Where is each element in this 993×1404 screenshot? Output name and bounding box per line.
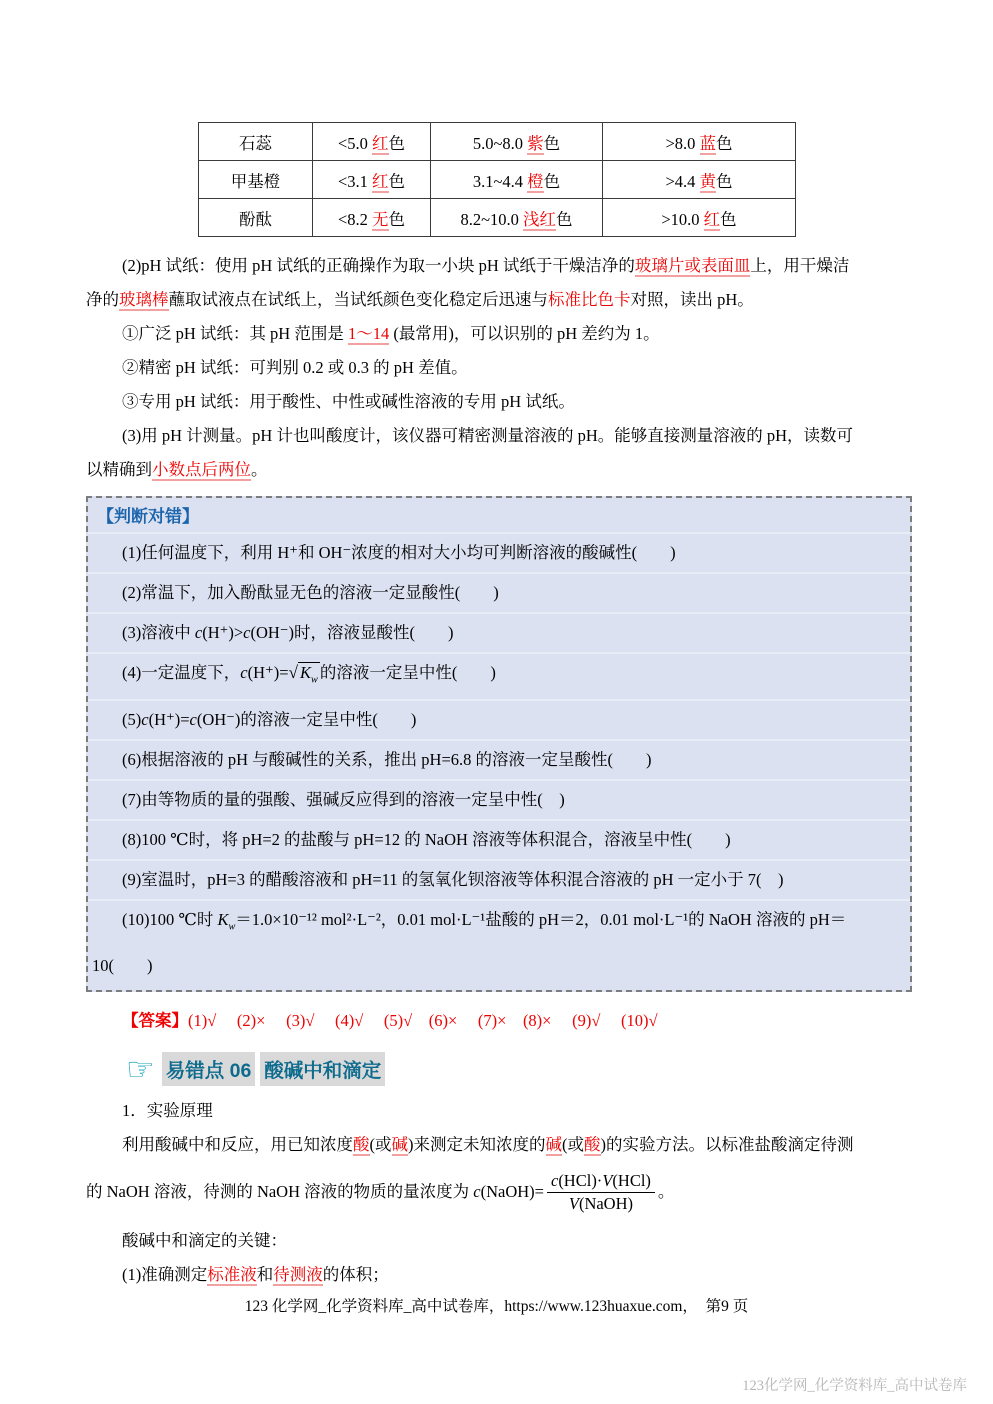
table-cell-indicator: 酚酞: [199, 199, 313, 237]
table-cell: 3.1~4.4 橙色: [431, 161, 603, 199]
answer-line: 【答案】(1)√ (2)× (3)√ (4)√ (5)√ (6)× (7)× (…: [86, 1004, 912, 1038]
text-line: 净的玻璃棒蘸取试液点在试纸上，当试纸颜色变化稳定后迅速与标准比色卡对照，读出 p…: [86, 283, 912, 317]
principle-formula-line: 的 NaOH 溶液，待测的 NaOH 溶液的物质的量浓度为 c(NaOH)=c(…: [86, 1162, 912, 1224]
table-cell: 8.2~10.0 浅红色: [431, 199, 603, 237]
section-header: ☞ 易错点 06 酸碱中和滴定: [126, 1050, 912, 1088]
table-cell: >10.0 红色: [603, 199, 796, 237]
text-line: ③专用 pH 试纸：用于酸性、中性或碱性溶液的专用 pH 试纸。: [86, 385, 912, 419]
judgement-box-title: 【判断对错】: [88, 498, 910, 532]
watermark-text: 123化学网_化学资料库_高中试卷库: [742, 1374, 967, 1395]
section-number: 易错点 06: [162, 1052, 256, 1086]
table-cell: 5.0~8.0 紫色: [431, 123, 603, 161]
table-row: 甲基橙 <3.1 红色 3.1~4.4 橙色 >4.4 黄色: [199, 161, 796, 199]
table-cell: <8.2 无色: [313, 199, 431, 237]
judgement-item-10-line1: (10)100 ℃时 Kw＝1.0×10⁻¹² mol²·L⁻²，0.01 mo…: [90, 901, 910, 946]
table-cell-indicator: 石蕊: [199, 123, 313, 161]
judgement-item-4: (4)一定温度下，c(H⁺)=√Kw的溶液一定呈中性( ): [88, 652, 910, 699]
text-line: 以精确到小数点后两位。: [86, 453, 912, 487]
pointing-hand-icon: ☞: [126, 1053, 155, 1085]
answer-values: (1)√ (2)× (3)√ (4)√ (5)√ (6)× (7)× (8)× …: [188, 1011, 658, 1030]
judgement-item-2: (2)常温下，加入酚酞显无色的溶液一定显酸性( ): [88, 572, 910, 612]
page-footer: 123 化学网_化学资料库_高中试卷库，https://www.123huaxu…: [0, 1294, 993, 1316]
table-row: 石蕊 <5.0 红色 5.0~8.0 紫色 >8.0 蓝色: [199, 123, 796, 161]
indicator-color-table: 石蕊 <5.0 红色 5.0~8.0 紫色 >8.0 蓝色 甲基橙 <3.1 红…: [198, 122, 796, 237]
judgement-item-10-line2: 10( ): [90, 947, 910, 985]
judgement-item-8: (8)100 ℃时，将 pH=2 的盐酸与 pH=12 的 NaOH 溶液等体积…: [88, 819, 910, 859]
text-line: ①广泛 pH 试纸：其 pH 范围是 1～14 (最常用)，可以识别的 pH 差…: [86, 317, 912, 351]
judgement-item-3: (3)溶液中 c(H⁺)>c(OH⁻)时，溶液显酸性( ): [88, 612, 910, 652]
principle-line-1: 利用酸碱中和反应，用已知浓度酸(或碱)来测定未知浓度的碱(或酸)的实验方法。以标…: [86, 1128, 912, 1162]
judgement-item-5: (5)c(H⁺)=c(OH⁻)的溶液一定呈中性( ): [88, 699, 910, 739]
judgement-item-1: (1)任何温度下，利用 H⁺和 OH⁻浓度的相对大小均可判断溶液的酸碱性( ): [88, 532, 910, 572]
table-cell: >4.4 黄色: [603, 161, 796, 199]
text-line: ②精密 pH 试纸：可判别 0.2 或 0.3 的 pH 差值。: [86, 351, 912, 385]
table-cell-indicator: 甲基橙: [199, 161, 313, 199]
page-content: 石蕊 <5.0 红色 5.0~8.0 紫色 >8.0 蓝色 甲基橙 <3.1 红…: [0, 0, 993, 1292]
table-cell: >8.0 蓝色: [603, 123, 796, 161]
document-page: 石蕊 <5.0 红色 5.0~8.0 紫色 >8.0 蓝色 甲基橙 <3.1 红…: [0, 0, 993, 1404]
principle-line-4: (1)准确测定标准液和待测液的体积；: [86, 1258, 912, 1292]
judgement-item-10: (10)100 ℃时 Kw＝1.0×10⁻¹² mol²·L⁻²，0.01 mo…: [88, 899, 910, 984]
table-cell: <3.1 红色: [313, 161, 431, 199]
principle-line-3: 酸碱中和滴定的关键：: [86, 1224, 912, 1258]
principle-heading: 1．实验原理: [86, 1094, 912, 1128]
table-row: 酚酞 <8.2 无色 8.2~10.0 浅红色 >10.0 红色: [199, 199, 796, 237]
judgement-box: 【判断对错】 (1)任何温度下，利用 H⁺和 OH⁻浓度的相对大小均可判断溶液的…: [86, 496, 912, 992]
section-title: 酸碱中和滴定: [260, 1052, 385, 1086]
judgement-item-7: (7)由等物质的量的强酸、强碱反应得到的溶液一定呈中性( ): [88, 779, 910, 819]
text-line: (3)用 pH 计测量。pH 计也叫酸度计，该仪器可精密测量溶液的 pH。能够直…: [86, 419, 912, 453]
judgement-item-6: (6)根据溶液的 pH 与酸碱性的关系，推出 pH=6.8 的溶液一定呈酸性( …: [88, 739, 910, 779]
answer-label: 【答案】: [122, 1011, 188, 1030]
judgement-item-9: (9)室温时，pH=3 的醋酸溶液和 pH=11 的氢氧化钡溶液等体积混合溶液的…: [88, 859, 910, 899]
text-line: (2)pH 试纸：使用 pH 试纸的正确操作为取一小块 pH 试纸于干燥洁净的玻…: [86, 249, 912, 283]
ph-paper-paragraphs: (2)pH 试纸：使用 pH 试纸的正确操作为取一小块 pH 试纸于干燥洁净的玻…: [86, 249, 912, 487]
table-cell: <5.0 红色: [313, 123, 431, 161]
